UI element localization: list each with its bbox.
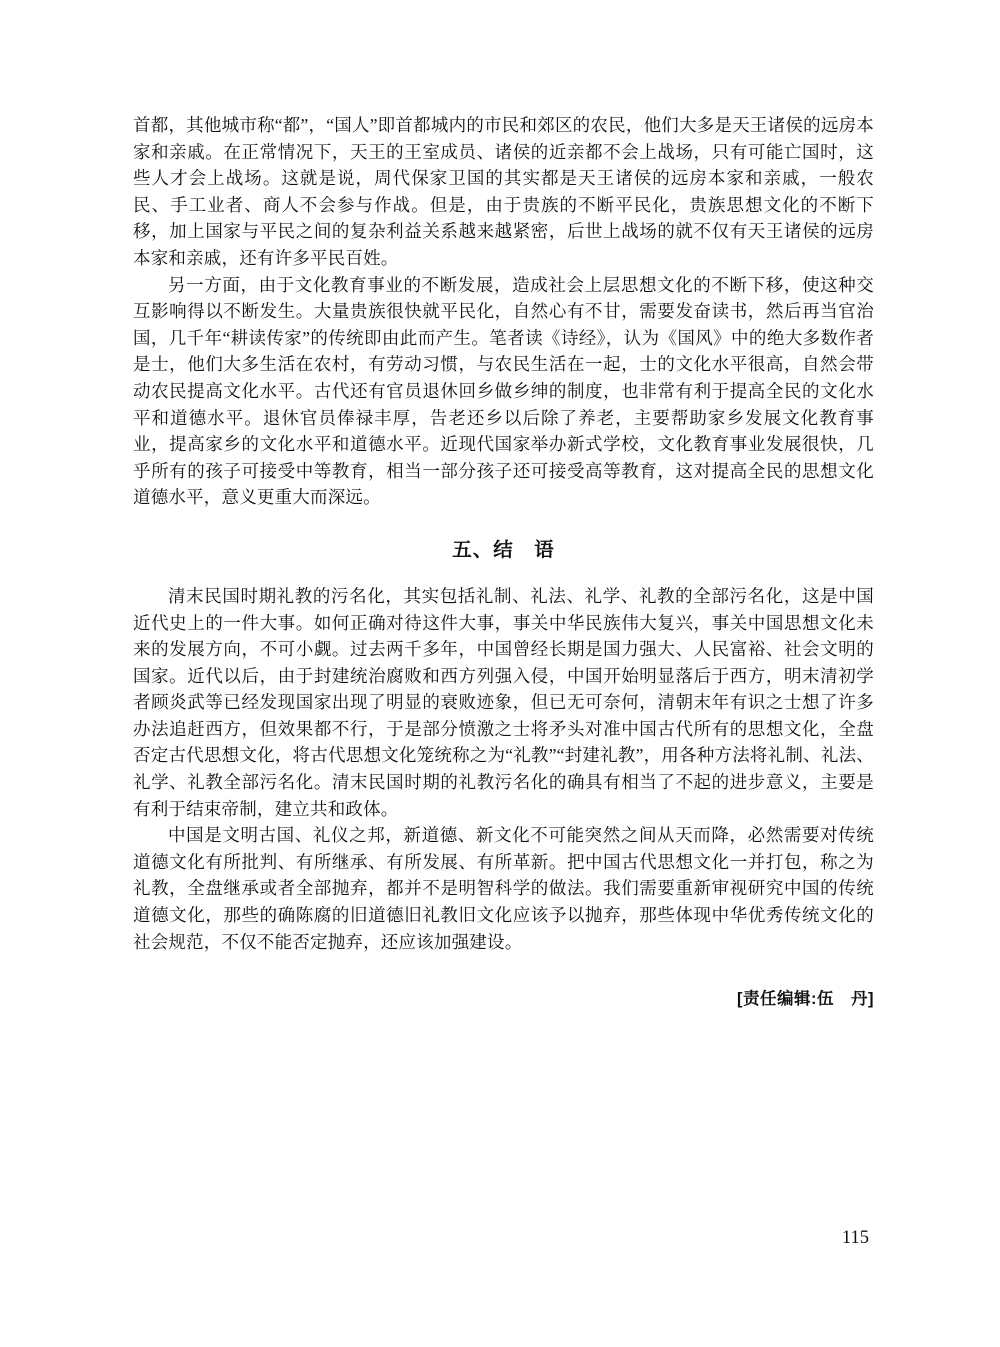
section-heading: 五、结 语 xyxy=(133,534,874,562)
paragraph: 另一方面，由于文化教育事业的不断发展，造成社会上层思想文化的不断下移，使这种交互… xyxy=(133,272,874,511)
paragraph-continuation: 首都，其他城市称“都”，“国人”即首都城内的市民和郊区的农民，他们大多是天王诸侯… xyxy=(133,112,874,272)
paragraph: 清末民国时期礼教的污名化，其实包括礼制、礼法、礼学、礼教的全部污名化，这是中国近… xyxy=(133,583,874,822)
journal-page: 首都，其他城市称“都”，“国人”即首都城内的市民和郊区的农民，他们大多是天王诸侯… xyxy=(0,0,1000,1347)
article-body: 首都，其他城市称“都”，“国人”即首都城内的市民和郊区的农民，他们大多是天王诸侯… xyxy=(133,112,874,1009)
paragraph: 中国是文明古国、礼仪之邦，新道德、新文化不可能突然之间从天而降，必然需要对传统道… xyxy=(133,822,874,955)
page-number: 115 xyxy=(842,1228,869,1249)
editor-note: [责任编辑:伍 丹] xyxy=(133,985,874,1009)
